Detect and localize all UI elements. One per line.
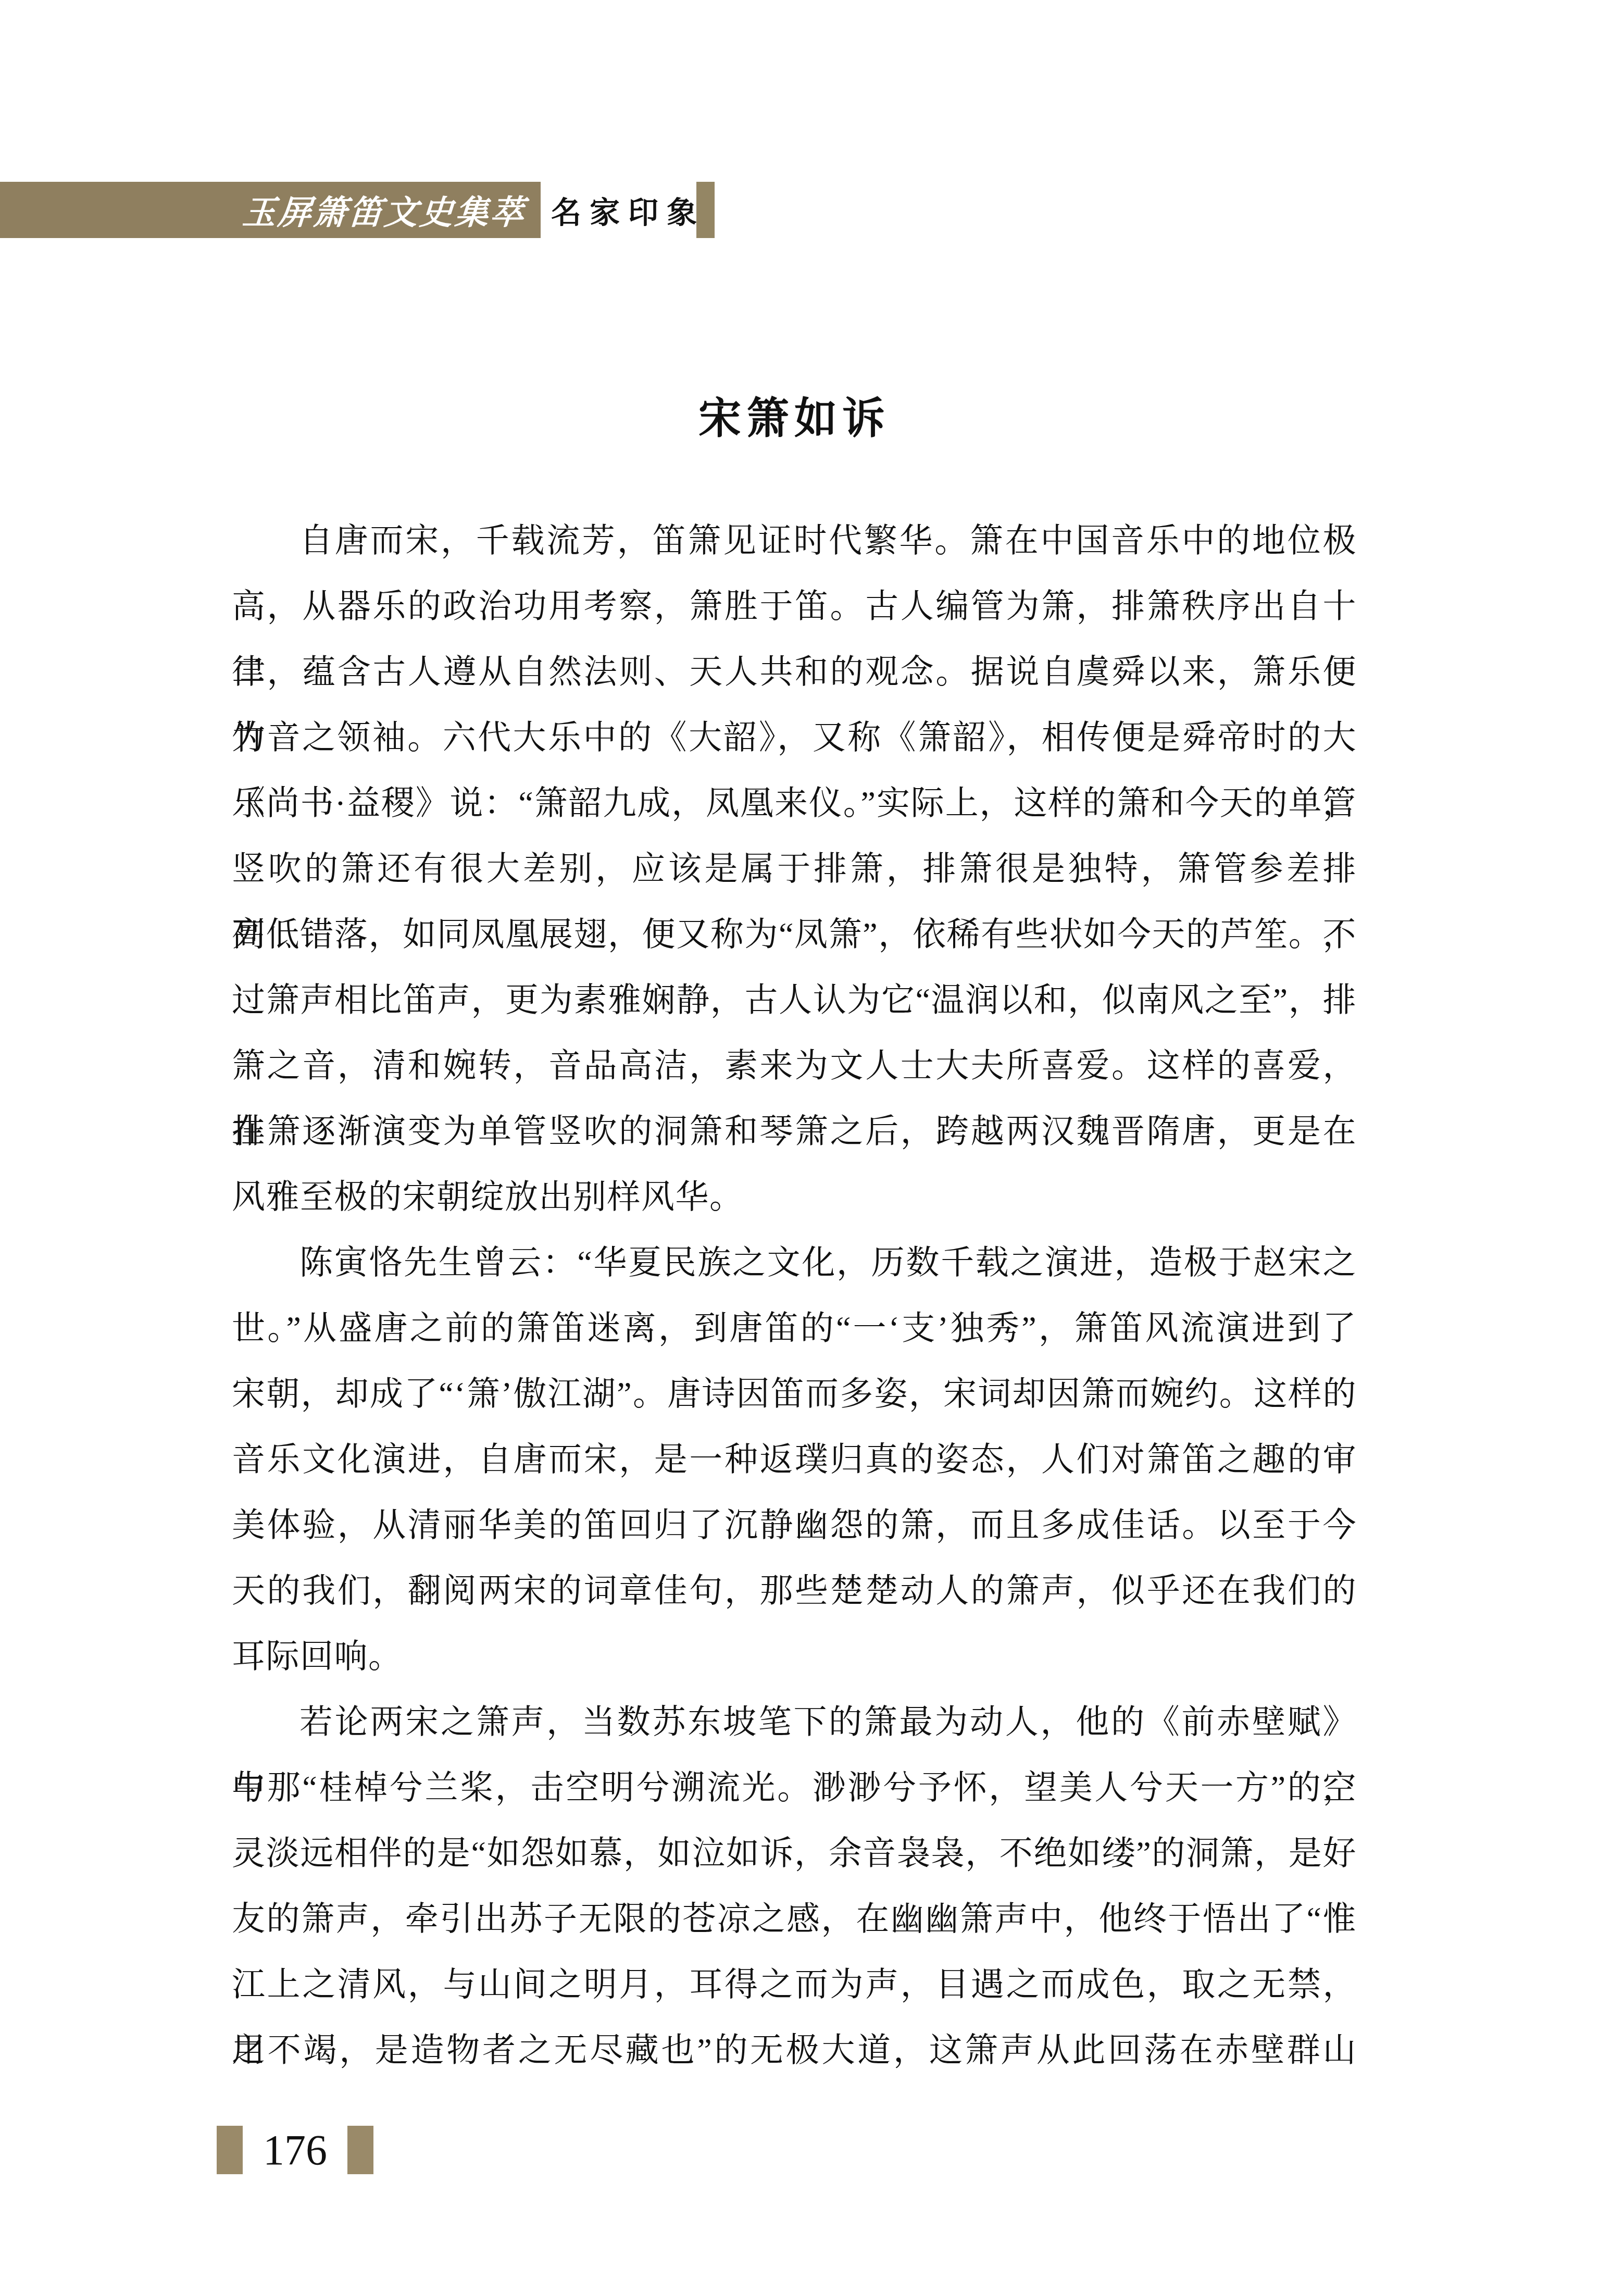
page-footer: 176	[217, 2126, 373, 2174]
text-line: 风雅至极的宋朝绽放出别样风华。	[232, 1164, 1357, 1230]
text-line: 天的我们，翻阅两宋的词章佳句，那些楚楚动人的箫声，似乎还在我们的	[232, 1558, 1357, 1624]
text-line: 排箫逐渐演变为单管竖吹的洞箫和琴箫之后，跨越两汉魏晋隋唐，更是在	[232, 1099, 1357, 1164]
text-line: 灵淡远相伴的是“如怨如慕，如泣如诉，余音袅袅，不绝如缕”的洞箫，是好	[232, 1821, 1357, 1886]
text-line: 音乐文化演进，自唐而宋，是一种返璞归真的姿态，人们对箫笛之趣的审	[232, 1427, 1357, 1492]
text-line: 之不竭，是造物者之无尽藏也”的无极大道，这箫声从此回荡在赤壁群山	[232, 2017, 1357, 2083]
text-line: 高低错落，如同凤凰展翅，便又称为“凤箫”，依稀有些状如今天的芦笙。不	[232, 902, 1357, 967]
text-line: 箫之音，清和婉转，音品高洁，素来为文人士大夫所喜爱。这样的喜爱，在	[232, 1033, 1357, 1099]
page-number: 176	[263, 2126, 327, 2174]
text-line: 律，蕴含古人遵从自然法则、天人共和的观念。据说自虞舜以来，箫乐便为	[232, 639, 1357, 705]
text-line: 自唐而宋，千载流芳，笛箫见证时代繁华。箫在中国音乐中的地位极	[232, 508, 1357, 574]
book-page: 玉屏箫笛文史集萃 名家印象 宋箫如诉 自唐而宋，千载流芳，笛箫见证时代繁华。箫在…	[0, 0, 1624, 2269]
text-line: 若论两宋之箫声，当数苏东坡笔下的箫最为动人，他的《前赤壁赋》中，	[232, 1689, 1357, 1755]
text-line: 江上之清风，与山间之明月，耳得之而为声，目遇之而成色，取之无禁，用	[232, 1952, 1357, 2017]
footer-square-left-icon	[217, 2126, 243, 2174]
text-line: 陈寅恪先生曾云：“华夏民族之文化，历数千载之演进，造极于赵宋之	[232, 1230, 1357, 1295]
text-line: 《尚书·益稷》说：“箫韶九成，凤凰来仪。”实际上，这样的箫和今天的单管	[232, 770, 1357, 836]
body-text: 自唐而宋，千载流芳，笛箫见证时代繁华。箫在中国音乐中的地位极高，从器乐的政治功用…	[232, 508, 1357, 2083]
text-line: 竹音之领袖。六代大乐中的《大韶》，又称《箫韶》，相传便是舜帝时的大乐，	[232, 705, 1357, 770]
text-line: 高，从器乐的政治功用考察，箫胜于笛。古人编管为箫，排箫秩序出自十二	[232, 574, 1357, 639]
section-label: 名家印象	[551, 182, 705, 238]
text-line: 与那“桂棹兮兰桨，击空明兮溯流光。渺渺兮予怀，望美人兮天一方”的空	[232, 1755, 1357, 1821]
series-calligraphy-title: 玉屏箫笛文史集萃	[241, 186, 528, 234]
text-line: 美体验，从清丽华美的笛回归了沉静幽怨的箫，而且多成佳话。以至于今	[232, 1492, 1357, 1558]
footer-square-right-icon	[347, 2126, 373, 2174]
article-title: 宋箫如诉	[232, 384, 1357, 445]
text-line: 过箫声相比笛声，更为素雅娴静，古人认为它“温润以和，似南风之至”，排	[232, 967, 1357, 1033]
text-line: 耳际回响。	[232, 1624, 1357, 1689]
text-line: 竖吹的箫还有很大差别，应该是属于排箫，排箫很是独特，箫管参差排列，	[232, 836, 1357, 902]
text-line: 宋朝，却成了“‘箫’傲江湖”。唐诗因笛而多姿，宋词却因箫而婉约。这样的	[232, 1361, 1357, 1427]
text-line: 世。”从盛唐之前的箫笛迷离，到唐笛的“一‘支’独秀”，箫笛风流演进到了	[232, 1295, 1357, 1361]
header-band: 玉屏箫笛文史集萃	[0, 182, 541, 238]
text-line: 友的箫声，牵引出苏子无限的苍凉之感，在幽幽箫声中，他终于悟出了“惟	[232, 1886, 1357, 1952]
header-accent-bar	[696, 182, 715, 238]
